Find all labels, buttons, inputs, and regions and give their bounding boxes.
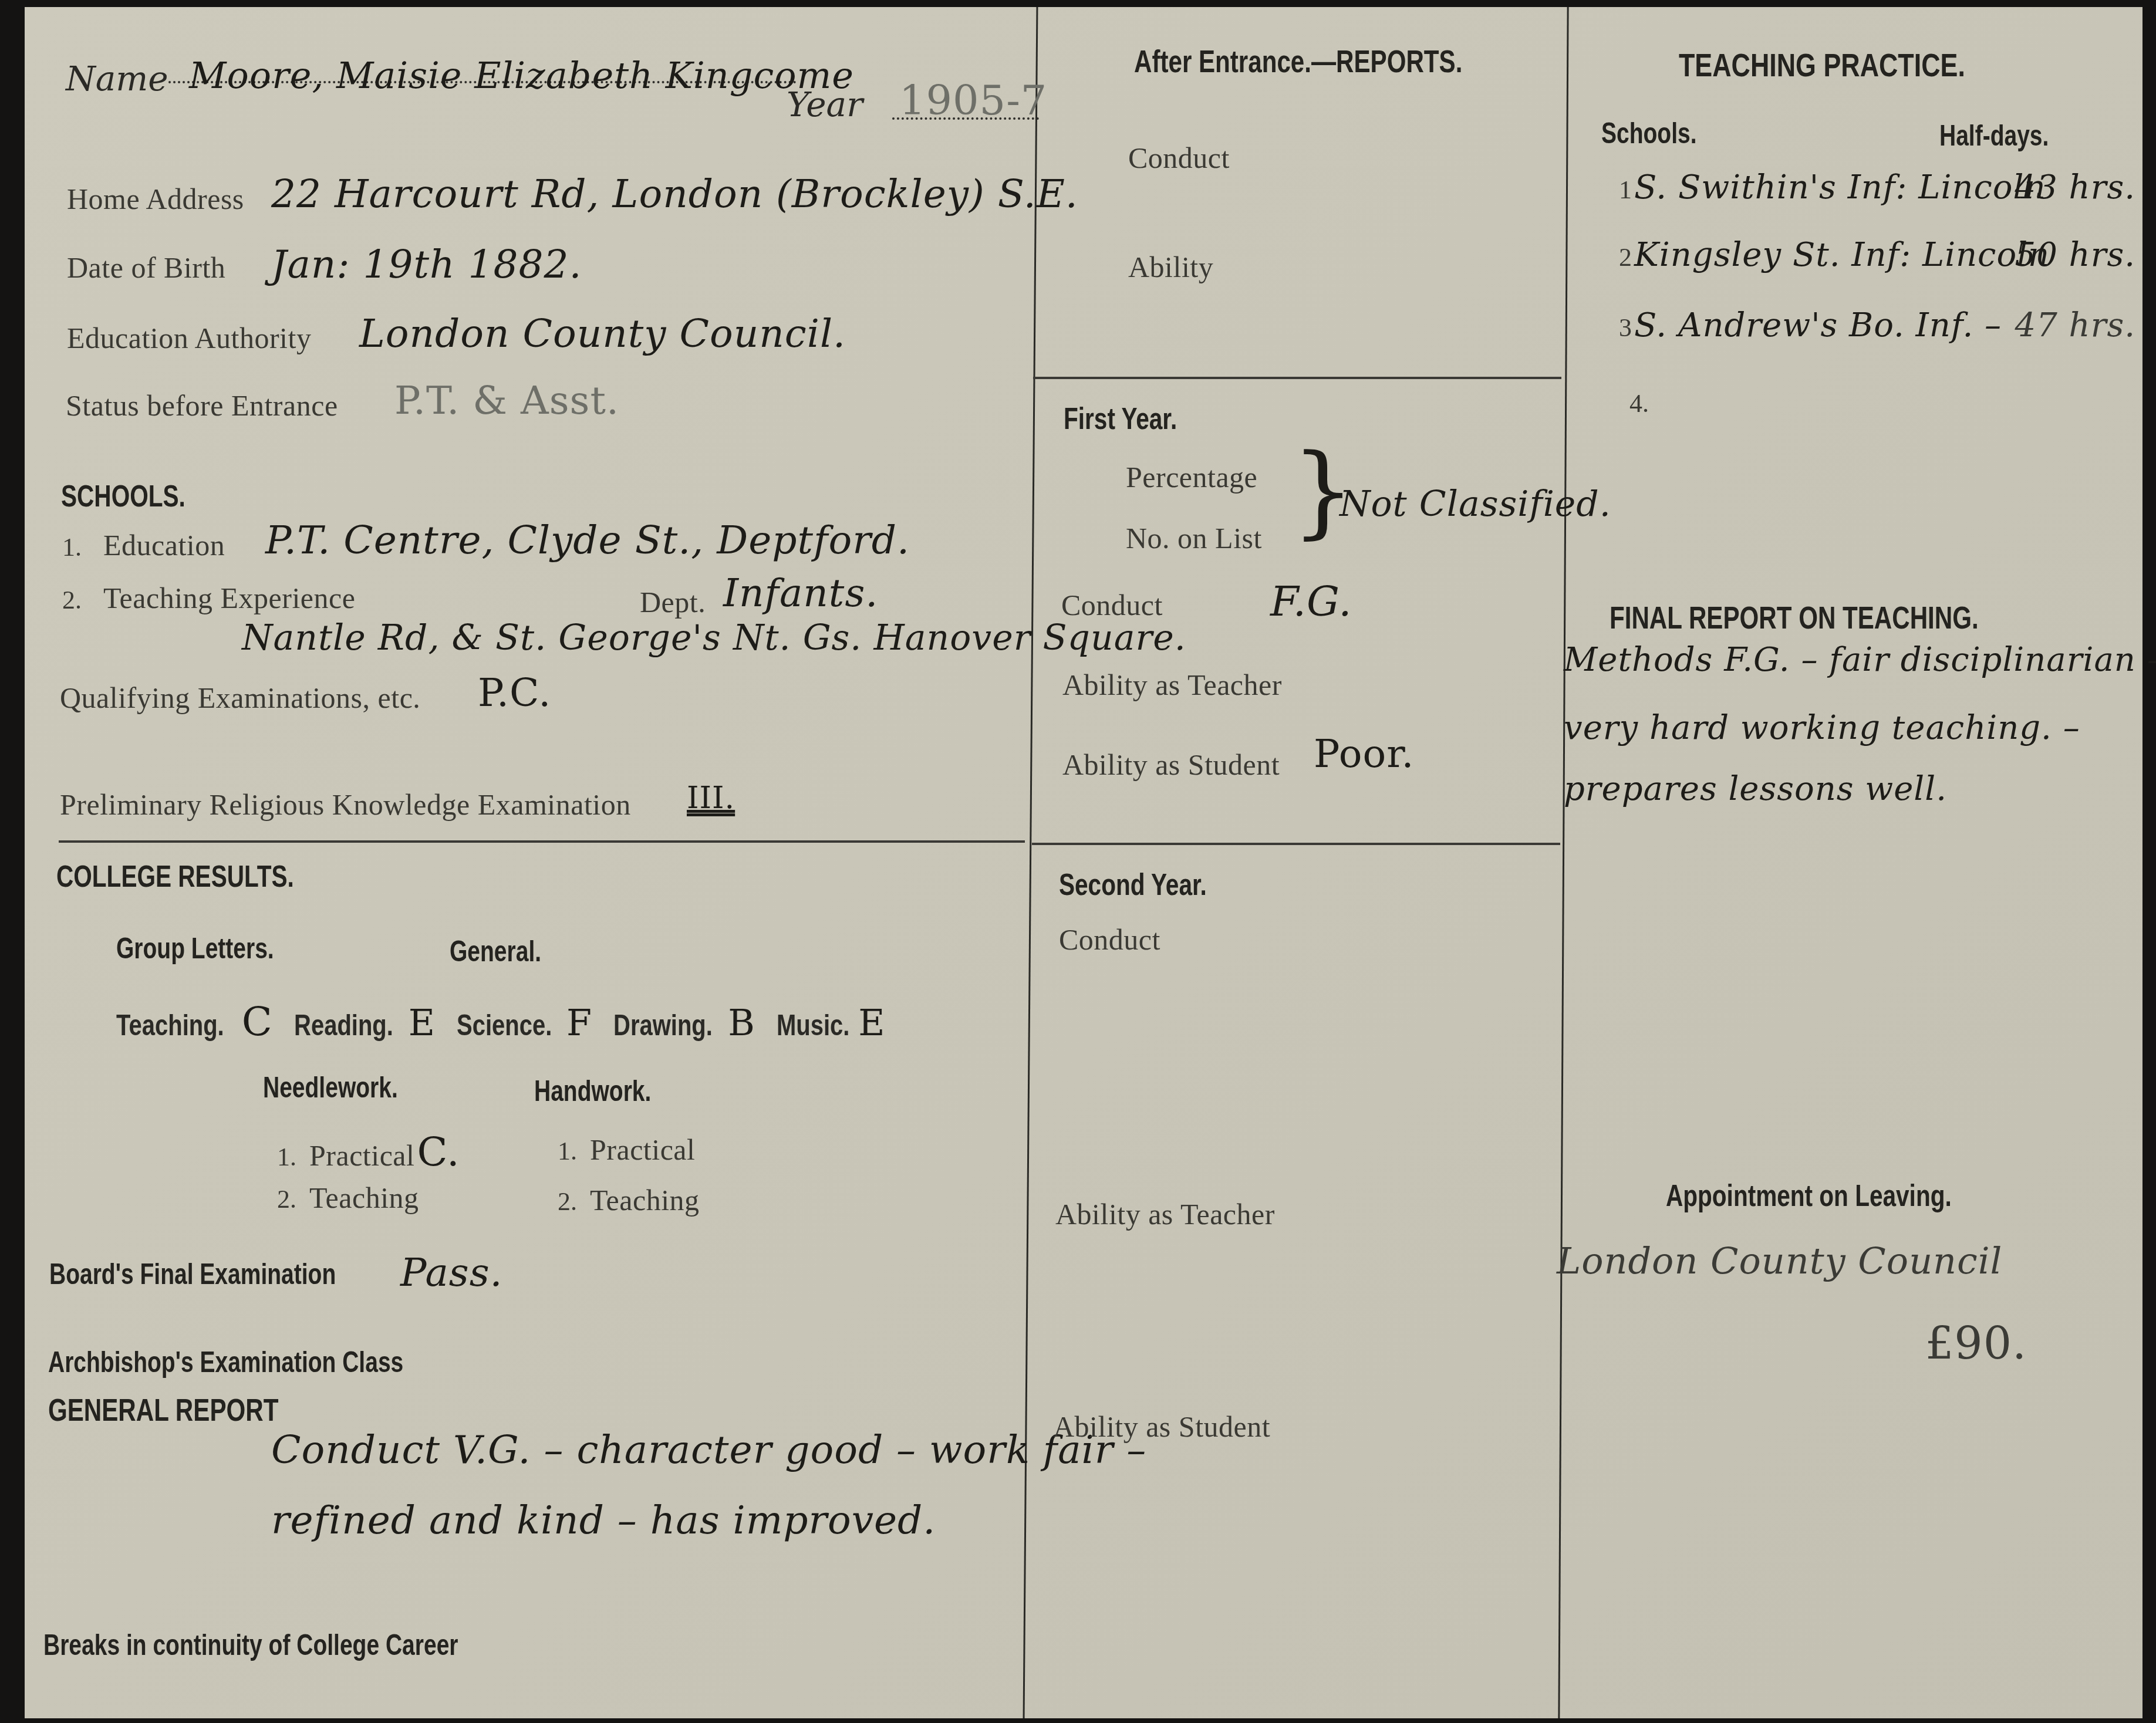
percentage-list-value: Not Classified. — [1340, 484, 1611, 525]
halfdays-column-label: Half-days. — [1939, 119, 2049, 153]
name-label: Name — [66, 59, 168, 99]
item-grade: C. — [417, 1129, 460, 1175]
general-report-heading: GENERAL REPORT — [48, 1392, 278, 1428]
item-label: Practical — [590, 1133, 695, 1166]
breaks-label: Breaks in continuity of College Career — [43, 1628, 458, 1662]
after-ability-label: Ability — [1128, 250, 1213, 284]
general-label: General. — [450, 934, 541, 968]
practice-school: S. Swithin's Inf: Lincoln — [1634, 168, 2046, 207]
fy-student-label: Ability as Student — [1062, 748, 1280, 782]
boards-final-value: Pass. — [400, 1250, 503, 1295]
status-label: Status before Entrance — [66, 388, 338, 423]
teaching-exp-value: Nantle Rd, & St. George's Nt. Gs. Hanove… — [242, 617, 1186, 658]
subject-teaching: Teaching. C — [116, 999, 273, 1045]
handwork-practical: 1. Practical — [558, 1133, 695, 1167]
left-section-rule — [59, 840, 1025, 843]
subject-science: Science. F — [457, 1001, 592, 1044]
sy-conduct-label: Conduct — [1059, 923, 1160, 957]
teaching-exp-label: Teaching Experience — [103, 581, 355, 615]
appointment-value: London County Council — [1557, 1239, 2002, 1282]
year-value: 1905-7 — [899, 76, 1047, 124]
education-authority-label: Education Authority — [67, 321, 311, 355]
subject-grade: E — [409, 1001, 436, 1044]
item-num: 2. — [558, 1187, 577, 1216]
home-address-value: 22 Harcourt Rd, London (Brockley) S.E. — [271, 171, 1078, 217]
sy-student-label: Ability as Student — [1053, 1410, 1270, 1444]
dept-value: Infants. — [723, 570, 878, 616]
education-num: 1. — [62, 532, 82, 562]
item-num: 2. — [277, 1185, 296, 1214]
practice-row: 1 S. Swithin's Inf: Lincoln 43 hrs. — [1619, 168, 2135, 207]
fy-student-value: Poor. — [1314, 731, 1414, 776]
final-report-heading: FINAL REPORT ON TEACHING. — [1610, 600, 1979, 636]
subject-grades-row: Teaching. C Reading. E Science. F Drawin… — [116, 999, 886, 1045]
subject-label: Drawing. — [613, 1008, 713, 1042]
needlework-label: Needlework. — [263, 1070, 398, 1104]
teaching-practice-heading: TEACHING PRACTICE. — [1679, 46, 1965, 84]
name-value: Moore, Maisie Elizabeth Kingcome — [189, 54, 854, 97]
dob-value: Jan: 19th 1882. — [271, 242, 582, 287]
middle-rule-second-year — [1032, 843, 1560, 845]
status-value: P.T. & Asst. — [394, 378, 619, 423]
item-num: 1. — [558, 1137, 577, 1165]
religious-label: Preliminary Religious Knowledge Examinat… — [60, 788, 631, 822]
schools-heading: SCHOOLS. — [61, 479, 185, 514]
fy-conduct-label: Conduct — [1061, 588, 1163, 622]
needlework-practical: 1. Practical C. — [277, 1129, 460, 1175]
teaching-exp-num: 2. — [62, 585, 82, 615]
sy-teacher-label: Ability as Teacher — [1055, 1197, 1275, 1231]
needlework-teaching: 2. Teaching — [277, 1181, 419, 1215]
practice-halfdays: 47 hrs. — [2015, 306, 2135, 344]
practice-school: Kingsley St. Inf: Lincoln — [1634, 236, 2050, 274]
record-card: Name Moore, Maisie Elizabeth Kingcome Ye… — [25, 7, 2142, 1718]
practice-row-4-num: 4. — [1629, 388, 1649, 418]
subject-grade: F — [566, 1001, 592, 1044]
item-label: Teaching — [309, 1181, 419, 1214]
item-label: Teaching — [590, 1184, 700, 1217]
appointment-salary: £90. — [1925, 1317, 2027, 1369]
after-conduct-label: Conduct — [1128, 141, 1230, 175]
general-report-line-1: Conduct V.G. – character good – work fai… — [271, 1427, 1146, 1472]
qualifying-label: Qualifying Examinations, etc. — [60, 681, 420, 715]
subject-music: Music. E — [777, 1001, 886, 1044]
column-divider-right — [1558, 7, 1568, 1718]
boards-final-label: Board's Final Examination — [49, 1257, 336, 1291]
education-value: P.T. Centre, Clyde St., Deptford. — [265, 518, 910, 563]
fy-conduct-value: F.G. — [1270, 577, 1352, 626]
education-label: Education — [103, 528, 225, 562]
item-label: Practical — [309, 1139, 414, 1172]
final-report-line-2: very hard working teaching. – — [1564, 709, 2080, 747]
religious-value: III. — [687, 781, 735, 816]
dept-label: Dept. — [640, 585, 706, 619]
item-num: 1. — [277, 1143, 296, 1171]
practice-row: 3 S. Andrew's Bo. Inf. – 47 hrs. — [1619, 306, 2135, 344]
after-entrance-heading: After Entrance.—REPORTS. — [1134, 43, 1462, 80]
percentage-label: Percentage — [1126, 460, 1257, 494]
group-letters-label: Group Letters. — [116, 931, 274, 965]
final-report-line-1: Methods F.G. – fair disciplinarian – — [1564, 641, 2156, 679]
no-on-list-label: No. on List — [1126, 521, 1262, 555]
handwork-teaching: 2. Teaching — [558, 1183, 700, 1217]
final-report-line-3: prepares lessons well. — [1564, 770, 1947, 808]
schools-column-label: Schools. — [1601, 116, 1697, 150]
handwork-label: Handwork. — [534, 1074, 651, 1108]
archbishop-label: Archbishop's Examination Class — [48, 1345, 403, 1379]
dob-label: Date of Birth — [67, 251, 225, 285]
education-authority-value: London County Council. — [359, 311, 846, 356]
practice-row: 2 Kingsley St. Inf: Lincoln 50 hrs. — [1619, 236, 2135, 274]
subject-grade: E — [858, 1001, 885, 1044]
middle-rule-first-year — [1033, 377, 1561, 379]
first-year-heading: First Year. — [1064, 401, 1177, 437]
subject-reading: Reading. E — [294, 1001, 436, 1044]
practice-num: 2 — [1619, 243, 1632, 272]
practice-school: S. Andrew's Bo. Inf. – — [1634, 306, 2002, 344]
subject-label: Reading. — [294, 1008, 393, 1042]
practice-halfdays: 50 hrs. — [2015, 236, 2135, 274]
qualifying-value: P.C. — [478, 670, 551, 715]
practice-num: 3 — [1619, 313, 1632, 342]
second-year-heading: Second Year. — [1059, 867, 1207, 903]
appointment-heading: Appointment on Leaving. — [1666, 1178, 1952, 1214]
practice-halfdays: 43 hrs. — [2015, 168, 2135, 207]
general-report-line-2: refined and kind – has improved. — [271, 1498, 936, 1543]
practice-num: 1 — [1619, 175, 1632, 204]
subject-label: Music. — [777, 1008, 849, 1042]
subject-grade: B — [728, 1001, 755, 1044]
year-label: Year — [787, 85, 863, 124]
fy-teacher-label: Ability as Teacher — [1062, 668, 1282, 702]
subject-drawing: Drawing. B — [613, 1001, 755, 1044]
college-results-heading: COLLEGE RESULTS. — [56, 859, 294, 894]
subject-label: Teaching. — [116, 1008, 224, 1042]
subject-label: Science. — [457, 1008, 552, 1042]
home-address-label: Home Address — [67, 182, 244, 216]
subject-grade: C — [242, 999, 273, 1045]
